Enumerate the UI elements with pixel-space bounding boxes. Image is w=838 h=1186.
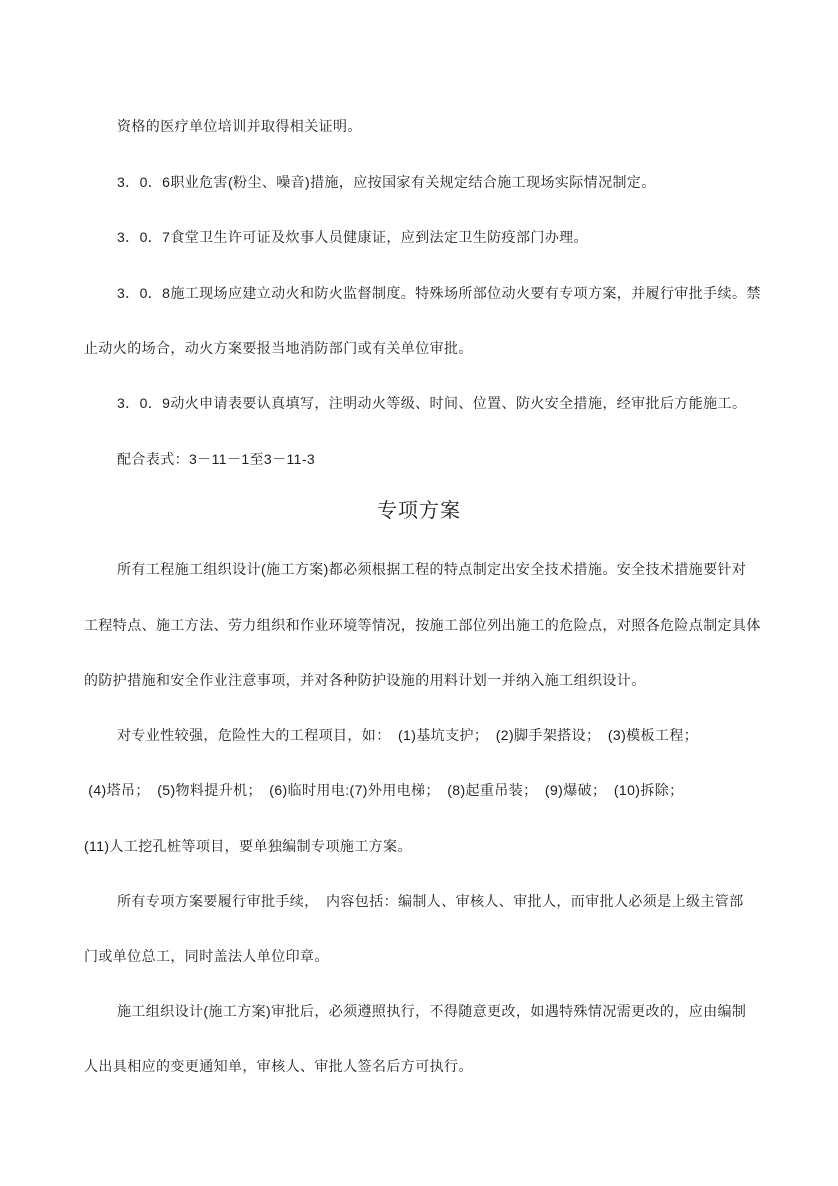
paragraph-line: 人出具相应的变更通知单，审核人、审批人签名后方可执行。 bbox=[84, 1058, 778, 1074]
paragraph-line: 3．0．7食堂卫生许可证及炊事人员健康证，应到法定卫生防疫部门办理。 bbox=[84, 229, 778, 245]
paragraph-line: 的防护措施和安全作业注意事项，并对各种防护设施的用料计划一并纳入施工组织设计。 bbox=[84, 672, 778, 688]
section-heading: 专项方案 bbox=[0, 500, 838, 522]
paragraph-line: 配合表式：3－11－1至3－11-3 bbox=[84, 451, 778, 467]
paragraph-line: 工程特点、施工方法、劳力组织和作业环境等情况，按施工部位列出施工的危险点，对照各… bbox=[84, 617, 778, 633]
paragraph-line: 对专业性较强，危险性大的工程项目，如： (1)基坑支护； (2)脚手架搭设； (… bbox=[84, 727, 778, 743]
paragraph-line: 止动火的场合，动火方案要报当地消防部门或有关单位审批。 bbox=[84, 340, 778, 356]
paragraph-line: (11)人工挖孔桩等项目，要单独编制专项施工方案。 bbox=[84, 838, 778, 854]
paragraph-line: 所有专项方案要履行审批手续， 内容包括：编制人、审核人、审批人，而审批人必须是上… bbox=[84, 893, 778, 909]
paragraph-line: 施工组织设计(施工方案)审批后，必须遵照执行，不得随意更改，如遇特殊情况需更改的… bbox=[84, 1003, 778, 1019]
paragraph-line: 3．0．8施工现场应建立动火和防火监督制度。特殊场所部位动火要有专项方案，并履行… bbox=[84, 285, 778, 301]
document-page: 资格的医疗单位培训并取得相关证明。 3．0．6职业危害(粉尘、噪音)措施，应按国… bbox=[0, 0, 838, 1186]
paragraph-line: 门或单位总工，同时盖法人单位印章。 bbox=[84, 948, 778, 964]
paragraph-line: 所有工程施工组织设计(施工方案)都必须根据工程的特点制定出安全技术措施。安全技术… bbox=[84, 561, 778, 577]
paragraph-line: 3．0．6职业危害(粉尘、噪音)措施，应按国家有关规定结合施工现场实际情况制定。 bbox=[84, 174, 778, 190]
paragraph-line: (4)塔吊； (5)物料提升机； (6)临时用电:(7)外用电梯； (8)起重吊… bbox=[84, 782, 778, 798]
paragraph-line: 3．0．9动火申请表要认真填写，注明动火等级、时间、位置、防火安全措施，经审批后… bbox=[84, 395, 778, 411]
paragraph-line: 资格的医疗单位培训并取得相关证明。 bbox=[84, 118, 778, 134]
